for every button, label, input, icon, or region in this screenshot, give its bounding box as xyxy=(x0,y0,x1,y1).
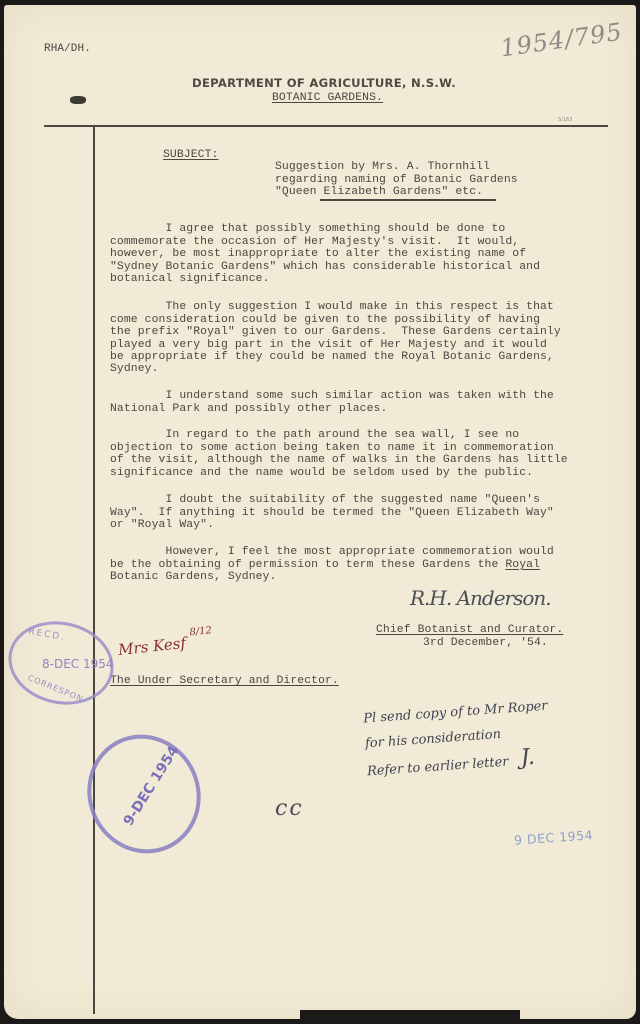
text-line: be the obtaining of permission to term t… xyxy=(110,559,554,571)
text-line: significance and the name would be seldo… xyxy=(110,467,568,479)
header-rule xyxy=(44,125,608,127)
signature: R.H. Anderson. xyxy=(410,586,551,610)
underlined-royal: Royal xyxy=(505,559,540,571)
cc-annotation: cc xyxy=(275,796,304,821)
signatory-title: Chief Botanist and Curator. xyxy=(376,624,563,636)
text-line: I agree that possibly something should b… xyxy=(110,223,540,235)
text-line: be appropriate if they could be named th… xyxy=(110,351,561,363)
text-line: National Park and possibly other places. xyxy=(110,403,554,415)
text-line: Botanic Gardens, Sydney. xyxy=(110,571,554,583)
text-line: come consideration could be given to the… xyxy=(110,314,561,326)
text-line: Sydney. xyxy=(110,363,561,375)
text-line: However, I feel the most appropriate com… xyxy=(110,546,554,558)
text-line: of the visit, although the name of walks… xyxy=(110,454,568,466)
margin-rule xyxy=(93,126,95,1014)
form-number: S/163 xyxy=(558,117,572,123)
letterhead-department: DEPARTMENT OF AGRICULTURE, N.S.W. xyxy=(0,76,640,90)
subject-line: Suggestion by Mrs. A. Thornhill xyxy=(275,161,518,173)
reference-code: RHA/DH. xyxy=(44,43,91,55)
text-line: "Sydney Botanic Gardens" which has consi… xyxy=(110,261,540,273)
text-line: The only suggestion I would make in this… xyxy=(110,301,561,313)
paragraph-4: In regard to the path around the sea wal… xyxy=(110,417,568,491)
subject-text: Suggestion by Mrs. A. Thornhillregarding… xyxy=(275,149,518,211)
text-line: the prefix "Royal" given to our Gardens.… xyxy=(110,326,561,338)
text-line: In regard to the path around the sea wal… xyxy=(110,429,568,441)
text-line: commemorate the occasion of Her Majesty'… xyxy=(110,236,540,248)
handwritten-minute: Pl send copy of to Mr Roperfor his consi… xyxy=(363,694,553,785)
text-line: Way". If anything it should be termed th… xyxy=(110,507,554,519)
text-line: botanical significance. xyxy=(110,273,540,285)
letterhead-division: BOTANIC GARDENS. xyxy=(272,92,383,104)
paragraph-1: I agree that possibly something should b… xyxy=(110,211,540,298)
subject-label: SUBJECT: xyxy=(163,149,218,161)
text-line: I doubt the suitability of the suggested… xyxy=(110,494,554,506)
letter-date: 3rd December, '54. xyxy=(423,637,548,649)
paragraph-2: The only suggestion I would make in this… xyxy=(110,289,561,388)
received-stamp-date: 8-DEC 1954 xyxy=(42,657,114,671)
ink-blot xyxy=(70,96,86,104)
subject-line: regarding naming of Botanic Gardens xyxy=(275,174,518,186)
torn-edge xyxy=(300,1010,520,1024)
text-line: however, be most inappropriate to alter … xyxy=(110,248,540,260)
text-line: I understand some such similar action wa… xyxy=(110,390,554,402)
subject-rule xyxy=(320,199,496,201)
addressee: The Under Secretary and Director. xyxy=(110,675,339,687)
text-line: or "Royal Way". xyxy=(110,519,554,531)
text-line: objection to some action being taken to … xyxy=(110,442,568,454)
subject-line: "Queen Elizabeth Gardens" etc. xyxy=(275,186,518,198)
text-line: played a very big part in the visit of H… xyxy=(110,339,561,351)
